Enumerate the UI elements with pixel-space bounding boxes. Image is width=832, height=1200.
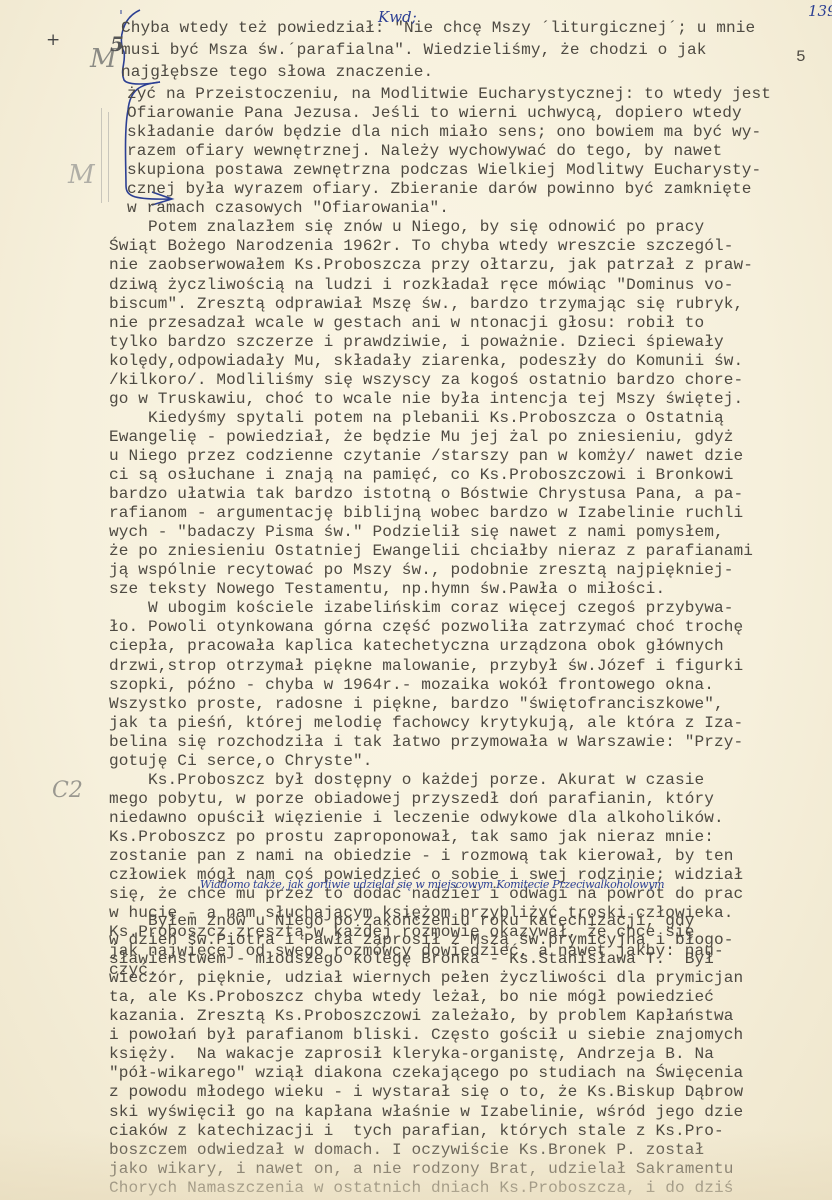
typed-line: i powołań był parafianom bliski. Często … [109,1027,743,1043]
typed-line: ciaków z katechizacji i tych parafian, k… [109,1123,724,1139]
typed-line: biscum". Zresztą odprawiał Mszę św., bar… [109,296,743,312]
typed-line: ta, ale Ks.Proboszcz chyba wtedy leżał, … [109,989,714,1005]
typed-line: drzwi,strop otrzymał piękne malowanie, p… [109,658,743,674]
typed-line: boszczem odwiedzał w domach. I oczywiści… [109,1142,704,1158]
plus-mark: + [46,30,60,50]
typed-line: tylko bardzo szczerze i prawdziwie, i po… [109,334,724,350]
typed-line: bardzo ułatwia tak bardzo istotną o Bóst… [109,486,743,502]
top-note: Kwd; [378,8,417,26]
typed-line: najgłębsze tego słowa znaczenie. [121,64,433,80]
typed-line: nie zaobserwowałem Ks.Proboszcza przy oł… [109,257,753,273]
typed-line: Świąt Bożego Narodzenia 1962r. To chyba … [109,238,734,254]
typed-line: Ofiarowanie Pana Jezusa. Jeśli to wierni… [127,105,742,121]
typed-line: zostanie pan z nami na obiedzie - i rozm… [109,848,734,864]
typed-line: w dzień św.Piotra i Pawła zaprosił z Msz… [109,932,734,948]
typed-line: nie przesadzał wcale w gestach ani w nto… [109,315,704,331]
typed-line: sze teksty Nowego Testamentu, np.hymn św… [109,581,665,597]
typed-line: żyć na Przeistoczeniu, na Modlitwie Euch… [127,86,771,102]
typed-line: szopki, późno - chyba w 1964r.- mozaika … [109,677,714,693]
typed-line: Chorych Namaszczenia w ostatnich dniach … [109,1180,734,1196]
typed-line: Byłem znów u Niego po zakończeniu roku k… [109,913,694,929]
typed-line: Ks.Proboszcz był dostępny o każdej porze… [109,772,704,788]
typed-line: wieczór, pięknie, udział wiernych pełen … [109,970,743,986]
typed-line: musi być Msza św.´parafialna". Wiedzieli… [121,42,706,58]
typed-line: mego pobytu, w porze obiadowej przyszedł… [109,791,714,807]
typed-line: Kiedyśmy spytali potem na plebanii Ks.Pr… [109,410,724,426]
typed-line: Potem znalazłem się znów u Niego, by się… [109,219,704,235]
margin-mark-5: 5 [110,32,124,56]
typed-line: u Niego przez codzienne czytanie /starsz… [109,448,743,464]
document-page: Chyba wtedy też powiedział: "Nie chcę Ms… [0,0,832,1200]
handwritten-insert: Wiadomo także, jak gorliwie udzielał się… [200,878,664,891]
typed-line: wych - "badaczy Pisma św." Podzielił się… [109,524,724,540]
typed-line: sławieństwem - młodszego kolegę Bronka -… [109,951,714,967]
typed-line: ciepła, pracowała kaplica katechetyczna … [109,638,724,654]
typed-line: Ks.Proboszcz po prostu zaproponował, tak… [109,829,714,845]
typed-line: dziwą życzliwością na ludzi i rozkładał … [109,277,734,293]
typed-line: ją wspólnie recytować po Mszy św., podob… [109,562,734,578]
typed-line: kazania. Zresztą Ks.Proboszczowi zależał… [109,1008,734,1024]
typed-line: niedawno opuścił więzienie i leczenie od… [109,810,724,826]
typed-line: /kilkoro/. Modliliśmy się wszyscy za kog… [109,372,743,388]
typed-line: gotuję Ci serce,o Chryste". [109,753,372,769]
margin-mark-c2: C2 [52,778,83,803]
typed-line: Chyba wtedy też powiedział: "Nie chcę Ms… [121,20,755,36]
typed-line: go w Truskawiu, choć to wcale nie była i… [109,391,743,407]
archive-page-number: 139 [808,2,832,20]
typed-line: z powodu młodego wieku - i wystarał się … [109,1084,743,1100]
typed-line: belina się rozchodziła i tak łatwo przym… [109,734,743,750]
typed-line: że po zniesieniu Ostatniej Ewangelii chc… [109,543,753,559]
typed-line: ski wyświęcił go na kapłana właśnie w Iz… [109,1104,743,1120]
typed-line: w ramach czasowych "Ofiarowania". [127,200,449,216]
typed-line: "pół-wikarego" wziął diakona czekającego… [109,1065,743,1081]
typed-line: ci są osłuchane i znają na pamięć, co Ks… [109,467,734,483]
typed-line: składanie darów będzie dla nich miało se… [127,124,761,140]
typed-line: rafianom - argumentację biblijną wobec b… [109,505,743,521]
typed-page-number: 5 [796,49,806,65]
typed-line: W ubogim kościele izabelińskim coraz wię… [109,600,734,616]
typed-line: jako wikary, i nawet on, a nie rodzony B… [109,1161,734,1177]
typed-line: Wszystko proste, radosne i piękne, bardz… [109,696,724,712]
typed-line: jak ta pieśń, której melodię fachowcy kr… [109,715,743,731]
typed-line: cznej była wyrazem ofiary. Zbieranie dar… [127,181,752,197]
typed-line: Ewangelię - powiedział, że będzie Mu jej… [109,429,734,445]
typed-line: razem ofiary wewnętrznej. Należy wychowy… [127,143,722,159]
typed-line: skupiona postawa zewnętrzna podczas Wiel… [127,162,761,178]
margin-mark-m: M [68,160,95,190]
typed-line: ło. Powoli otynkowana górna część pozwol… [109,619,743,635]
typed-line: kolędy,odpowiadały Mu, składały ziarenka… [109,353,743,369]
typed-line: księży. Na wakacje zaprosił kleryka-orga… [109,1046,714,1062]
